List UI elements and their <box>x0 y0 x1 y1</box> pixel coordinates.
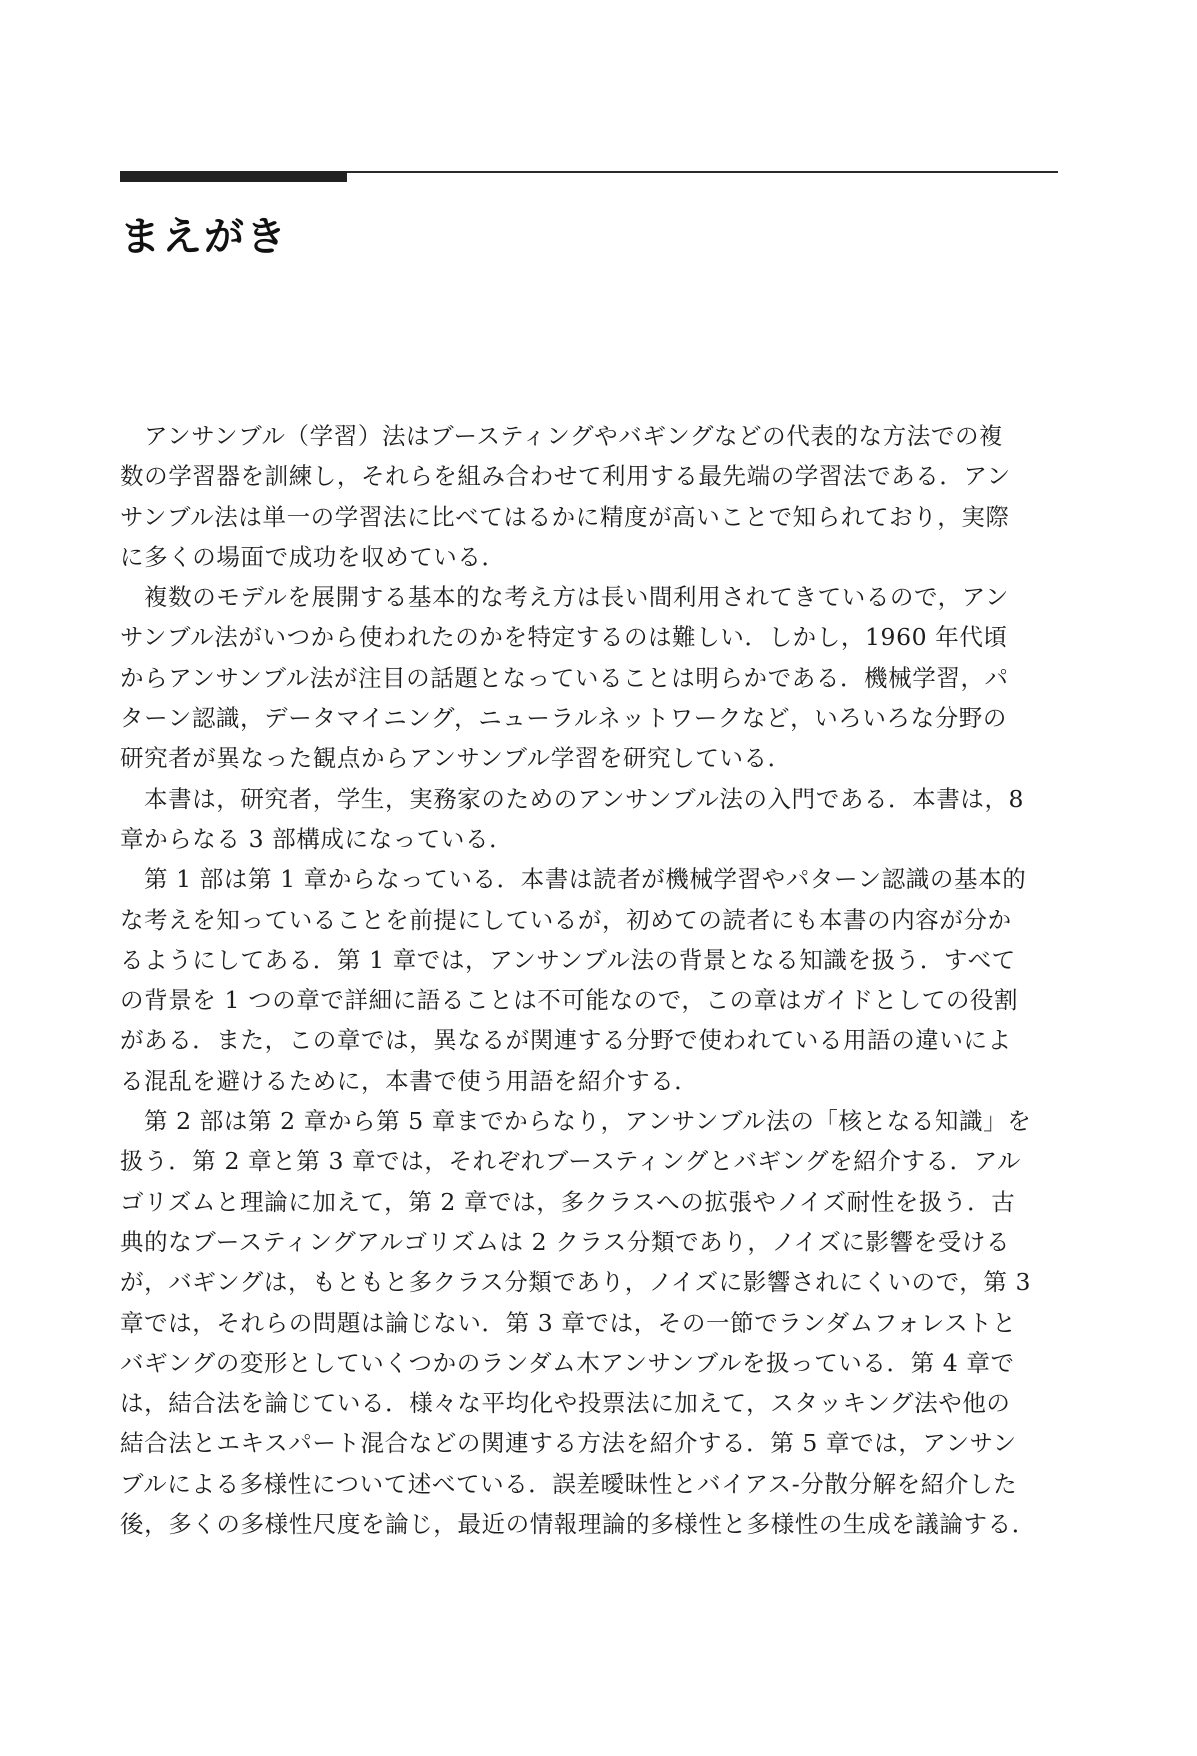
text-line: 後，多くの多様性尺度を論じ，最近の情報理論的多様性と多様性の生成を議論する． <box>120 1504 1060 1544</box>
text-line: 結合法とエキスパート混合などの関連する方法を紹介する．第 5 章では，アンサン <box>120 1423 1060 1463</box>
text-line: 扱う．第 2 章と第 3 章では，それぞれブースティングとバギングを紹介する．ア… <box>120 1141 1060 1181</box>
paragraph: 第 2 部は第 2 章から第 5 章までからなり，アンサンブル法の「核となる知識… <box>120 1101 1060 1544</box>
preface-body: アンサンブル（学習）法はブースティングやバギングなどの代表的な方法での複 数の学… <box>120 416 1060 1544</box>
text-line: ゴリズムと理論に加えて，第 2 章では，多クラスへの拡張やノイズ耐性を扱う．古 <box>120 1182 1060 1222</box>
text-line: 研究者が異なった観点からアンサンブル学習を研究している． <box>120 738 1060 778</box>
text-line: るようにしてある．第 1 章では，アンサンブル法の背景となる知識を扱う．すべて <box>120 940 1060 980</box>
text-line: 数の学習器を訓練し，それらを組み合わせて利用する最先端の学習法である．アン <box>120 456 1060 496</box>
text-line: からアンサンブル法が注目の話題となっていることは明らかである．機械学習，パ <box>120 658 1060 698</box>
text-line: サンブル法がいつから使われたのかを特定するのは難しい．しかし，1960 年代頃 <box>120 617 1060 657</box>
paragraph: 複数のモデルを展開する基本的な考え方は長い間利用されてきているので，アン サンブ… <box>120 577 1060 778</box>
text-line: サンブル法は単一の学習法に比べてはるかに精度が高いことで知られており，実際 <box>120 497 1060 537</box>
text-line: な考えを知っていることを前提にしているが，初めての読者にも本書の内容が分か <box>120 900 1060 940</box>
chapter-title: まえがき <box>120 205 288 262</box>
paragraph: 第 1 部は第 1 章からなっている．本書は読者が機械学習やパターン認識の基本的… <box>120 859 1060 1101</box>
text-line: 第 1 部は第 1 章からなっている．本書は読者が機械学習やパターン認識の基本的 <box>120 859 1060 899</box>
text-line: が，バギングは，もともと多クラス分類であり，ノイズに影響されにくいので，第 3 <box>120 1262 1060 1302</box>
chapter-header-accent-bar <box>120 171 347 182</box>
text-line: がある．また，この章では，異なるが関連する分野で使われている用語の違いによ <box>120 1020 1060 1060</box>
text-line: 典的なブースティングアルゴリズムは 2 クラス分類であり，ノイズに影響を受ける <box>120 1222 1060 1262</box>
text-line: 複数のモデルを展開する基本的な考え方は長い間利用されてきているので，アン <box>120 577 1060 617</box>
paragraph: 本書は，研究者，学生，実務家のためのアンサンブル法の入門である．本書は，8 章か… <box>120 779 1060 860</box>
text-line: ターン認識，データマイニング，ニューラルネットワークなど，いろいろな分野の <box>120 698 1060 738</box>
text-line: る混乱を避けるために，本書で使う用語を紹介する． <box>120 1061 1060 1101</box>
paragraph: アンサンブル（学習）法はブースティングやバギングなどの代表的な方法での複 数の学… <box>120 416 1060 577</box>
text-line: 本書は，研究者，学生，実務家のためのアンサンブル法の入門である．本書は，8 <box>120 779 1060 819</box>
text-line: アンサンブル（学習）法はブースティングやバギングなどの代表的な方法での複 <box>120 416 1060 456</box>
text-line: バギングの変形としていくつかのランダム木アンサンブルを扱っている．第 4 章で <box>120 1343 1060 1383</box>
text-line: に多くの場面で成功を収めている． <box>120 537 1060 577</box>
text-line: 章からなる 3 部構成になっている． <box>120 819 1060 859</box>
text-line: 第 2 部は第 2 章から第 5 章までからなり，アンサンブル法の「核となる知識… <box>120 1101 1060 1141</box>
text-line: 章では，それらの問題は論じない．第 3 章では，その一節でランダムフォレストと <box>120 1303 1060 1343</box>
text-line: ブルによる多様性について述べている．誤差曖昧性とバイアス-分散分解を紹介した <box>120 1464 1060 1504</box>
text-line: の背景を 1 つの章で詳細に語ることは不可能なので，この章はガイドとしての役割 <box>120 980 1060 1020</box>
text-line: は，結合法を論じている．様々な平均化や投票法に加えて，スタッキング法や他の <box>120 1383 1060 1423</box>
